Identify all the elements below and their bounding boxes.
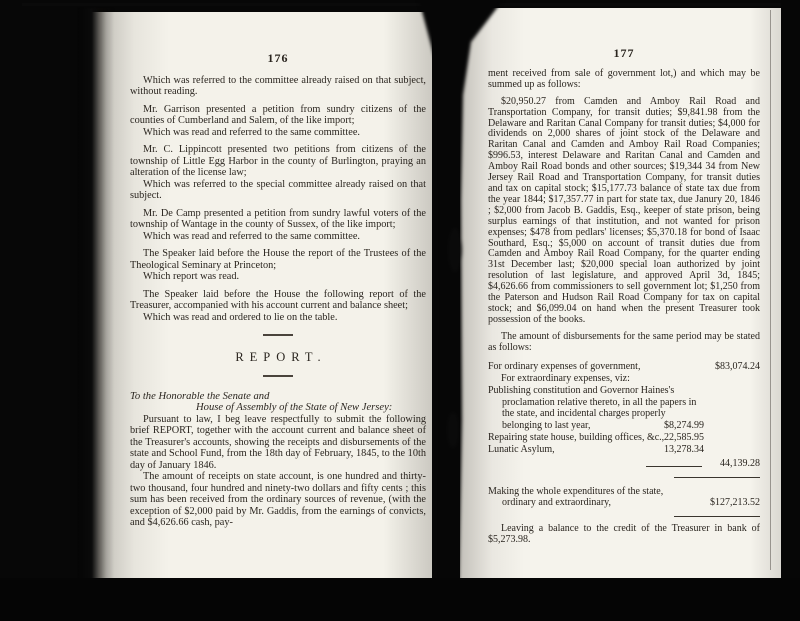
paragraph: Mr. Garrison presented a petition from s…: [130, 104, 426, 127]
paragraph: The Speaker laid before the House the re…: [130, 248, 426, 271]
paragraph: The amount of disbursements for the same…: [488, 332, 760, 354]
row-amount-total: $127,213.52: [710, 497, 760, 508]
right-page-edge-line: [770, 10, 771, 570]
scanned-book-spread: { "colors": { "background": "#070707", "…: [0, 0, 800, 621]
disbursements-table: For ordinary expenses of government, $83…: [488, 361, 760, 517]
gutter-shadow: [405, 0, 515, 580]
page-number-left: 176: [130, 53, 426, 65]
table-row: For extraordinary expenses, viz:: [488, 373, 760, 384]
paragraph: The amount of receipts on state account,…: [130, 471, 426, 529]
paragraph: $20,950.27 from Camden and Amboy Rail Ro…: [488, 97, 760, 326]
paragraph: The Speaker laid before the House the fo…: [130, 289, 426, 312]
paragraph: Which was referred to the special commit…: [130, 179, 426, 202]
bottom-scan-edge: [0, 578, 800, 621]
paragraph: Which was referred to the committee alre…: [130, 75, 426, 98]
paragraph: Which was read and referred to the same …: [130, 231, 426, 243]
row-label: For ordinary expenses of government,: [488, 361, 692, 372]
paragraph: Which was read and ordered to lie on the…: [130, 312, 426, 324]
paragraph: Mr. C. Lippincott presented two petition…: [130, 144, 426, 179]
table-row: Repairing state house, building offices,…: [488, 432, 760, 443]
table-row: Making the whole expenditures of the sta…: [488, 486, 760, 509]
table-row: For ordinary expenses of government, $83…: [488, 361, 760, 372]
right-page-text-block: 177 ment received from sale of governmen…: [488, 48, 760, 545]
closing-paragraph: Leaving a balance to the credit of the T…: [488, 524, 760, 546]
total-rule: [674, 516, 760, 517]
table-subtotal-row: 44,139.28: [488, 457, 760, 470]
report-heading: REPORT.: [130, 352, 426, 364]
left-page: 176 Which was referred to the committee …: [86, 12, 432, 580]
salutation-line: House of Assembly of the State of New Je…: [196, 402, 426, 414]
table-row: Lunatic Asylum, 13,278.34: [488, 444, 760, 455]
section-rule: [263, 334, 293, 336]
table-row: Publishing constitution and Governor Hai…: [488, 385, 760, 431]
binding-edge-shadow: [78, 8, 114, 580]
total-rule: [674, 477, 760, 478]
page-number-right: 177: [488, 48, 760, 59]
paragraph: Mr. De Camp presented a petition from su…: [130, 208, 426, 231]
paragraph: Which report was read.: [130, 271, 426, 283]
row-amount-sub: 13,278.34: [664, 444, 704, 455]
salutation-line: To the Honorable the Senate and: [130, 391, 426, 403]
right-scan-edge: [781, 0, 800, 578]
left-page-text-block: 176 Which was referred to the committee …: [130, 53, 426, 529]
paragraph: Pursuant to law, I beg leave respectfull…: [130, 414, 426, 472]
row-label: Making the whole expenditures of the sta…: [488, 486, 698, 509]
row-label: For extraordinary expenses, viz:: [501, 373, 705, 384]
section-rule: [263, 375, 293, 377]
row-amount-total: $83,074.24: [715, 361, 760, 372]
paragraph: ment received from sale of government lo…: [488, 69, 760, 91]
paragraph: Which was read and referred to the same …: [130, 127, 426, 139]
row-amount-sub: $8,274.99: [664, 420, 704, 431]
row-amount-total: 44,139.28: [720, 458, 760, 469]
subtotal-rule: [646, 466, 702, 467]
row-label: Lunatic Asylum,: [488, 444, 692, 455]
salutation: To the Honorable the Senate and House of…: [130, 391, 426, 414]
row-amount-sub: 22,585.95: [664, 432, 704, 443]
